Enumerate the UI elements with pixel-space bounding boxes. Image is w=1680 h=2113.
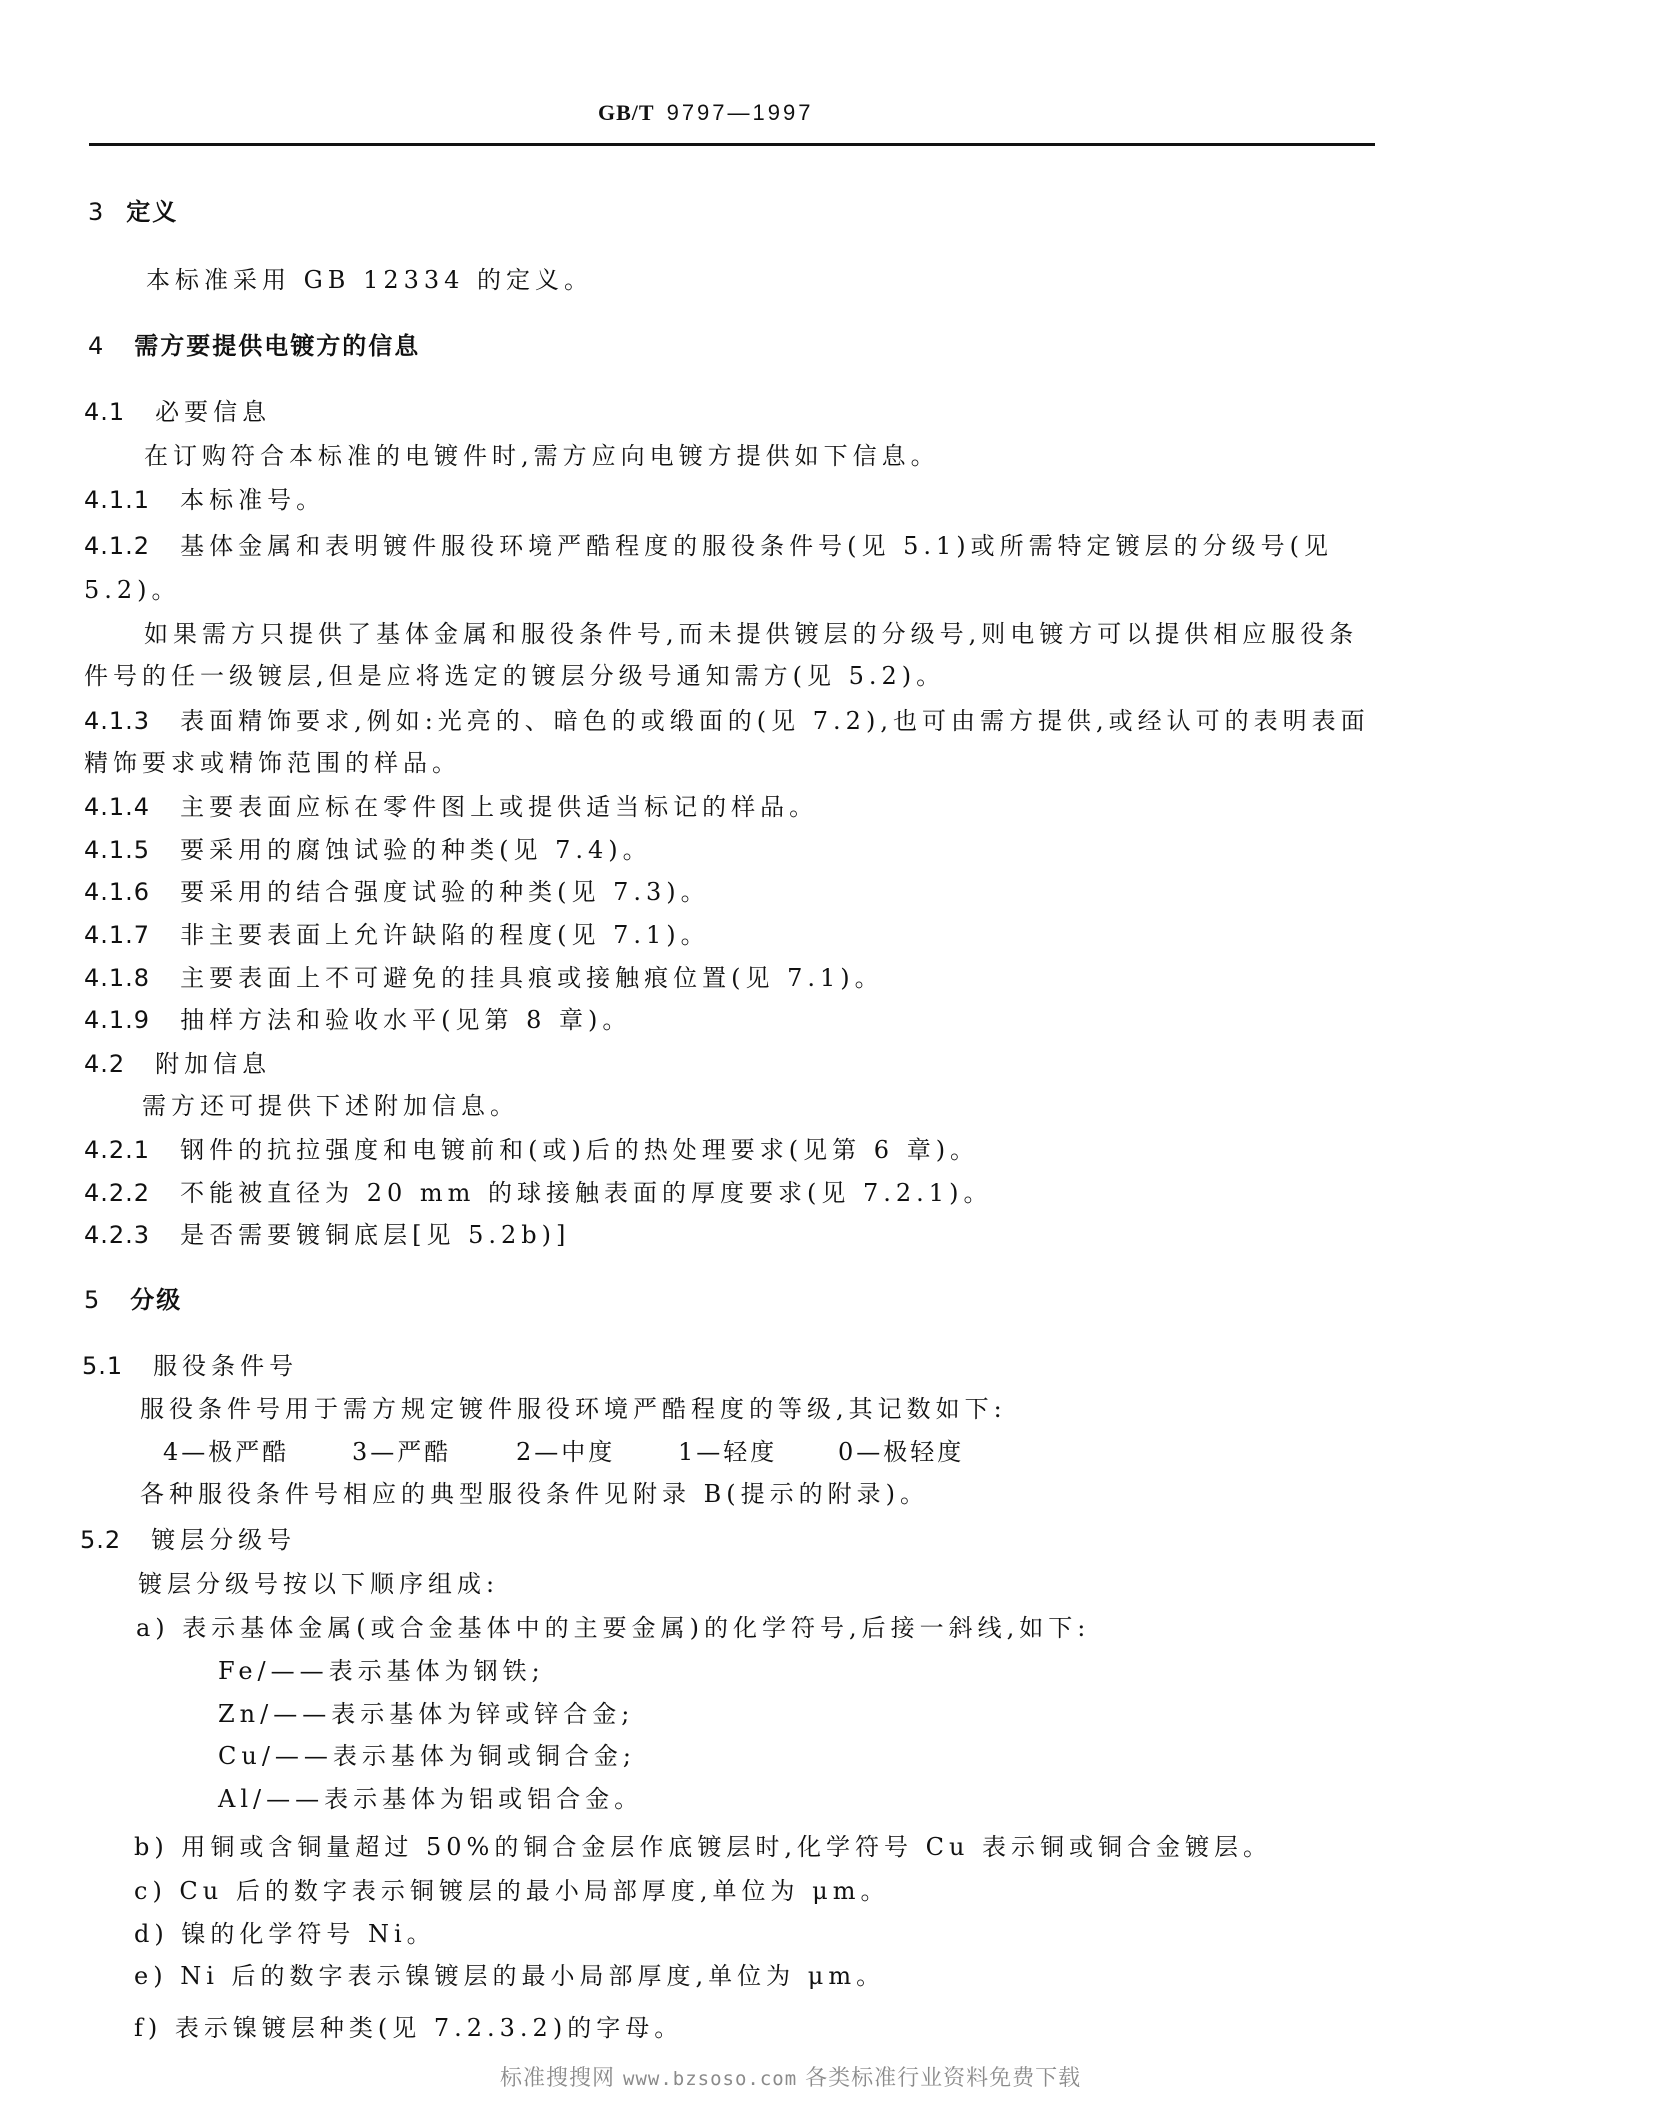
- service-level-0: 0—极轻度: [838, 1436, 964, 1468]
- section-5-heading: 5分级: [84, 1284, 182, 1316]
- service-level-1: 1—轻度: [678, 1436, 777, 1468]
- section-3-body: 本标准采用 GB 12334 的定义。: [146, 264, 593, 296]
- standard-prefix: GB/T: [598, 100, 655, 125]
- clause-4-1-8: 4.1.8主要表面上不可避免的挂具痕或接触痕位置(见 7.1)。: [84, 962, 884, 994]
- item-f: f) 表示镍镀层种类(见 7.2.3.2)的字母。: [134, 2012, 683, 2044]
- section-4-2-intro: 需方还可提供下述附加信息。: [142, 1090, 519, 1122]
- item-a: a) 表示基体金属(或合金基体中的主要金属)的化学符号,后接一斜线,如下:: [136, 1612, 1090, 1644]
- clause-4-1-6: 4.1.6要采用的结合强度试验的种类(见 7.3)。: [84, 876, 710, 908]
- clause-4-1-5: 4.1.5要采用的腐蚀试验的种类(见 7.4)。: [84, 834, 652, 866]
- section-3-heading: 3定义: [88, 196, 178, 228]
- service-level-2: 2—中度: [516, 1436, 615, 1468]
- clause-4-1-7: 4.1.7非主要表面上允许缺陷的程度(见 7.1)。: [84, 919, 710, 951]
- substrate-fe: Fe/——表示基体为钢铁;: [218, 1655, 545, 1687]
- footer-site-name: 标准搜搜网: [500, 2066, 615, 2091]
- section-4-heading: 4需方要提供电镀方的信息: [88, 330, 420, 362]
- section-5-1-outro: 各种服役条件号相应的典型服役条件见附录 B(提示的附录)。: [140, 1478, 929, 1510]
- clause-4-1-2-note-line-1: 如果需方只提供了基体金属和服役条件号,而未提供镀层的分级号,则电镀方可以提供相应…: [144, 618, 1358, 650]
- item-e: e) Ni 后的数字表示镍镀层的最小局部厚度,单位为 μm。: [134, 1960, 885, 1992]
- item-d: d) 镍的化学符号 Ni。: [134, 1918, 436, 1950]
- clause-4-1-9: 4.1.9抽样方法和验收水平(见第 8 章)。: [84, 1004, 631, 1036]
- clause-4-1-2: 4.1.2基体金属和表明镀件服役环境严酷程度的服役条件号(见 5.1)或所需特定…: [84, 530, 1333, 562]
- document-page: GB/T9797—1997 3定义 本标准采用 GB 12334 的定义。 4需…: [0, 0, 1680, 2113]
- section-4-2-heading: 4.2附加信息: [84, 1048, 271, 1080]
- section-5-1-intro: 服役条件号用于需方规定镀件服役环境严酷程度的等级,其记数如下:: [140, 1393, 1007, 1425]
- clause-4-2-1: 4.2.1钢件的抗拉强度和电镀前和(或)后的热处理要求(见第 6 章)。: [84, 1134, 979, 1166]
- running-header: GB/T9797—1997: [598, 98, 813, 128]
- watermark-footer: 标准搜搜网www.bzsoso.com各类标准行业资料免费下载: [500, 2064, 1081, 2094]
- section-5-1-heading: 5.1服役条件号: [82, 1350, 298, 1382]
- footer-tagline: 各类标准行业资料免费下载: [805, 2066, 1081, 2091]
- standard-number: 9797—1997: [667, 100, 814, 125]
- item-b: b) 用铜或含铜量超过 50%的铜合金层作底镀层时,化学符号 Cu 表示铜或铜合…: [134, 1831, 1272, 1863]
- clause-4-1-2-continued: 5.2)。: [84, 574, 181, 606]
- section-5-2-heading: 5.2镀层分级号: [80, 1524, 296, 1556]
- clause-4-1-3: 4.1.3表面精饰要求,例如:光亮的、暗色的或缎面的(见 7.2),也可由需方提…: [84, 705, 1370, 737]
- clause-4-1-1: 4.1.1本标准号。: [84, 484, 325, 516]
- section-4-1-heading: 4.1必要信息: [84, 396, 271, 428]
- clause-4-2-2: 4.2.2不能被直径为 20 mm 的球接触表面的厚度要求(见 7.2.1)。: [84, 1177, 992, 1209]
- service-level-4: 4—极严酷: [163, 1436, 289, 1468]
- section-5-2-intro: 镀层分级号按以下顺序组成:: [138, 1568, 499, 1600]
- clause-4-2-3: 4.2.3是否需要镀铜底层[见 5.2b)]: [84, 1219, 570, 1251]
- header-rule: [89, 143, 1375, 146]
- substrate-al: Al/——表示基体为铝或铝合金。: [218, 1783, 643, 1815]
- item-c: c) Cu 后的数字表示铜镀层的最小局部厚度,单位为 μm。: [134, 1875, 890, 1907]
- substrate-zn: Zn/——表示基体为锌或锌合金;: [218, 1698, 634, 1730]
- section-4-1-intro: 在订购符合本标准的电镀件时,需方应向电镀方提供如下信息。: [144, 440, 940, 472]
- service-level-3: 3—严酷: [352, 1436, 451, 1468]
- clause-4-1-4: 4.1.4主要表面应标在零件图上或提供适当标记的样品。: [84, 791, 818, 823]
- footer-url[interactable]: www.bzsoso.com: [623, 2068, 797, 2090]
- substrate-cu: Cu/——表示基体为铜或铜合金;: [218, 1740, 636, 1772]
- clause-4-1-2-note-line-2: 件号的任一级镀层,但是应将选定的镀层分级号通知需方(见 5.2)。: [84, 660, 945, 692]
- clause-4-1-3-continued: 精饰要求或精饰范围的样品。: [84, 747, 461, 779]
